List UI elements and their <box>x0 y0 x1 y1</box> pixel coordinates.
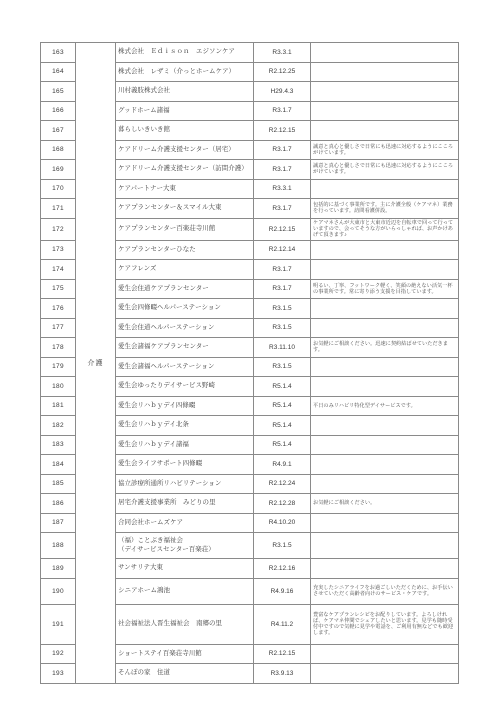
registration-date-cell: R3.3.1 <box>254 43 311 63</box>
row-number-cell: 171 <box>41 199 76 219</box>
facility-name-cell: 居宅介護支援事業所 みどりの里 <box>116 494 254 514</box>
facility-name-cell: 愛生会リハｂｙデイ諸福 <box>116 435 254 455</box>
row-number-cell: 185 <box>41 474 76 494</box>
remarks-cell <box>311 664 459 684</box>
remarks-cell <box>311 121 459 141</box>
registration-date-cell: R2.12.28 <box>254 494 311 514</box>
row-number-cell: 166 <box>41 101 76 121</box>
remarks-cell <box>311 179 459 199</box>
registration-date-cell: R3.11.10 <box>254 338 311 358</box>
registration-date-cell: R2.12.16 <box>254 559 311 579</box>
facility-name-cell: ショートステイ百楽荘寺川館 <box>116 644 254 664</box>
row-number-cell: 176 <box>41 299 76 319</box>
document-page: 163介護株式会社 Ｅｄｉｓｏｎ エジソンケアR3.3.1164株式会社 レザミ… <box>0 0 499 707</box>
remarks-cell: 平日のみリハビリ特化型デイサービスです。 <box>311 396 459 416</box>
remarks-cell: 包括的に基づく事業所です。主に介護全般（ケアマネ）業務を行っています。訪問看護併… <box>311 199 459 219</box>
remarks-cell <box>311 299 459 319</box>
row-number-cell: 191 <box>41 604 76 644</box>
registration-date-cell: R3.1.7 <box>254 279 311 299</box>
row-number-cell: 178 <box>41 338 76 358</box>
registration-date-cell: R3.3.1 <box>254 179 311 199</box>
remarks-cell <box>311 455 459 475</box>
registration-date-cell: R2.12.15 <box>254 644 311 664</box>
remarks-cell <box>311 101 459 121</box>
row-number-cell: 179 <box>41 357 76 377</box>
registration-date-cell: R5.1.4 <box>254 416 311 436</box>
remarks-cell <box>311 474 459 494</box>
row-number-cell: 173 <box>41 240 76 260</box>
remarks-cell <box>311 559 459 579</box>
remarks-cell <box>311 533 459 559</box>
row-number-cell: 180 <box>41 377 76 397</box>
remarks-cell: お気軽にご相談ください。迅速に契約結ばせていただきます。 <box>311 338 459 358</box>
registration-date-cell: R4.11.2 <box>254 604 311 644</box>
facility-name-cell: ケアプランセンターひなた <box>116 240 254 260</box>
facility-name-cell: 愛生会住道ヘルパーステーション <box>116 318 254 338</box>
registration-date-cell: R2.12.25 <box>254 62 311 82</box>
remarks-cell <box>311 43 459 63</box>
remarks-cell <box>311 240 459 260</box>
remarks-cell <box>311 357 459 377</box>
row-number-cell: 181 <box>41 396 76 416</box>
facility-name-cell: 株式会社 Ｅｄｉｓｏｎ エジソンケア <box>116 43 254 63</box>
facility-name-cell: 社会福祉法人晋生福祉会 南郷の里 <box>116 604 254 644</box>
facility-name-cell: 合同会社ホームズケア <box>116 513 254 533</box>
facility-name-cell: 川村義肢株式会社 <box>116 82 254 102</box>
table-row: 163介護株式会社 Ｅｄｉｓｏｎ エジソンケアR3.3.1 <box>41 43 459 63</box>
registration-date-cell: R3.1.7 <box>254 140 311 160</box>
row-number-cell: 190 <box>41 578 76 604</box>
remarks-cell <box>311 318 459 338</box>
facility-name-cell: 協立診療所通所リハビリテーション <box>116 474 254 494</box>
registration-date-cell: H29.4.3 <box>254 82 311 102</box>
row-number-cell: 193 <box>41 664 76 684</box>
registration-date-cell: R3.1.7 <box>254 101 311 121</box>
registration-date-cell: R4.9.16 <box>254 578 311 604</box>
registration-date-cell: R2.12.14 <box>254 240 311 260</box>
facility-name-cell: 愛生会リハｂｙデイ北条 <box>116 416 254 436</box>
registration-date-cell: R3.1.5 <box>254 533 311 559</box>
row-number-cell: 189 <box>41 559 76 579</box>
facility-name-cell: 愛生会住道ケアプランセンター <box>116 279 254 299</box>
facility-name-cell: 株式会社 レザミ（介っとホームケア） <box>116 62 254 82</box>
care-provider-table: 163介護株式会社 Ｅｄｉｓｏｎ エジソンケアR3.3.1164株式会社 レザミ… <box>40 42 459 684</box>
row-number-cell: 168 <box>41 140 76 160</box>
row-number-cell: 192 <box>41 644 76 664</box>
facility-name-cell: ケアフレンズ <box>116 260 254 280</box>
facility-name-cell: ケアドリーム介護支援センター（訪問介護） <box>116 160 254 180</box>
facility-name-cell: ケアドリーム介護支援センター（居宅） <box>116 140 254 160</box>
registration-date-cell: R3.1.7 <box>254 160 311 180</box>
registration-date-cell: R3.1.5 <box>254 357 311 377</box>
row-number-cell: 172 <box>41 218 76 240</box>
row-number-cell: 165 <box>41 82 76 102</box>
facility-name-cell: 愛生会ライフサポート四條畷 <box>116 455 254 475</box>
facility-name-cell: ケアプランセンター＆スマイル大東 <box>116 199 254 219</box>
row-number-cell: 183 <box>41 435 76 455</box>
remarks-cell <box>311 260 459 280</box>
row-number-cell: 170 <box>41 179 76 199</box>
facility-name-cell: 愛生会四條畷ヘルパーステーション <box>116 299 254 319</box>
row-number-cell: 163 <box>41 43 76 63</box>
facility-name-cell: 暮らしいきいき館 <box>116 121 254 141</box>
registration-date-cell: R3.1.7 <box>254 260 311 280</box>
remarks-cell <box>311 644 459 664</box>
facility-name-cell: シニアホーム鴻池 <box>116 578 254 604</box>
registration-date-cell: R2.12.15 <box>254 121 311 141</box>
facility-name-cell: （福）ことぶき福祉会 （デイサービスセンター百楽荘） <box>116 533 254 559</box>
row-number-cell: 177 <box>41 318 76 338</box>
facility-name-cell: サンサリテ大東 <box>116 559 254 579</box>
registration-date-cell: R3.1.5 <box>254 299 311 319</box>
facility-name-cell: そんぽの家 住道 <box>116 664 254 684</box>
registration-date-cell: R4.10.20 <box>254 513 311 533</box>
registration-date-cell: R2.12.24 <box>254 474 311 494</box>
row-number-cell: 169 <box>41 160 76 180</box>
remarks-cell <box>311 82 459 102</box>
row-number-cell: 182 <box>41 416 76 436</box>
remarks-cell: 誠意と真心と優しさで日常にも迅速に対応するようにこころがけています。 <box>311 140 459 160</box>
registration-date-cell: R5.1.4 <box>254 396 311 416</box>
remarks-cell: 誠意と真心と優しさで日常にも迅速に対応するようにこころがけています。 <box>311 160 459 180</box>
remarks-cell <box>311 416 459 436</box>
row-number-cell: 167 <box>41 121 76 141</box>
facility-name-cell: グッドホーム諸福 <box>116 101 254 121</box>
registration-date-cell: R3.9.13 <box>254 664 311 684</box>
row-number-cell: 175 <box>41 279 76 299</box>
category-cell: 介護 <box>76 43 116 684</box>
care-provider-table-body: 163介護株式会社 Ｅｄｉｓｏｎ エジソンケアR3.3.1164株式会社 レザミ… <box>41 43 459 684</box>
remarks-cell: ケアマネさんが大東市と大東市近辺を自転車で回って行っていますので、会ってそうな方… <box>311 218 459 240</box>
facility-name-cell: 愛生会諸福ケアプランセンター <box>116 338 254 358</box>
registration-date-cell: R3.1.5 <box>254 318 311 338</box>
remarks-cell <box>311 62 459 82</box>
row-number-cell: 188 <box>41 533 76 559</box>
facility-name-cell: ケアパートナー大東 <box>116 179 254 199</box>
facility-name-cell: 愛生会リハｂｙデイ四條畷 <box>116 396 254 416</box>
remarks-cell: お気軽にご相談ください。 <box>311 494 459 514</box>
remarks-cell: 明るい、丁寧、フットワーク軽く、笑顔の絶えない活気一杯の事業所です。常に寄り添う… <box>311 279 459 299</box>
registration-date-cell: R5.1.4 <box>254 435 311 455</box>
registration-date-cell: R4.9.1 <box>254 455 311 475</box>
row-number-cell: 187 <box>41 513 76 533</box>
row-number-cell: 164 <box>41 62 76 82</box>
remarks-cell <box>311 513 459 533</box>
registration-date-cell: R5.1.4 <box>254 377 311 397</box>
row-number-cell: 174 <box>41 260 76 280</box>
row-number-cell: 184 <box>41 455 76 475</box>
registration-date-cell: R3.1.7 <box>254 199 311 219</box>
row-number-cell: 186 <box>41 494 76 514</box>
remarks-cell <box>311 377 459 397</box>
remarks-cell: 充実したシニアライフをお過ごしいただくために、お手伝いさせていただく高齢者向けの… <box>311 578 459 604</box>
facility-name-cell: 愛生会ゆったりデイサービス野崎 <box>116 377 254 397</box>
facility-name-cell: 愛生会諸福ヘルパーステーション <box>116 357 254 377</box>
facility-name-cell: ケアプランセンター百楽荘寺川館 <box>116 218 254 240</box>
remarks-cell: 豊富なケアプランレシピをお配りしています。よろしければ、ケアマネ仲間でシェアした… <box>311 604 459 644</box>
registration-date-cell: R2.12.15 <box>254 218 311 240</box>
remarks-cell <box>311 435 459 455</box>
